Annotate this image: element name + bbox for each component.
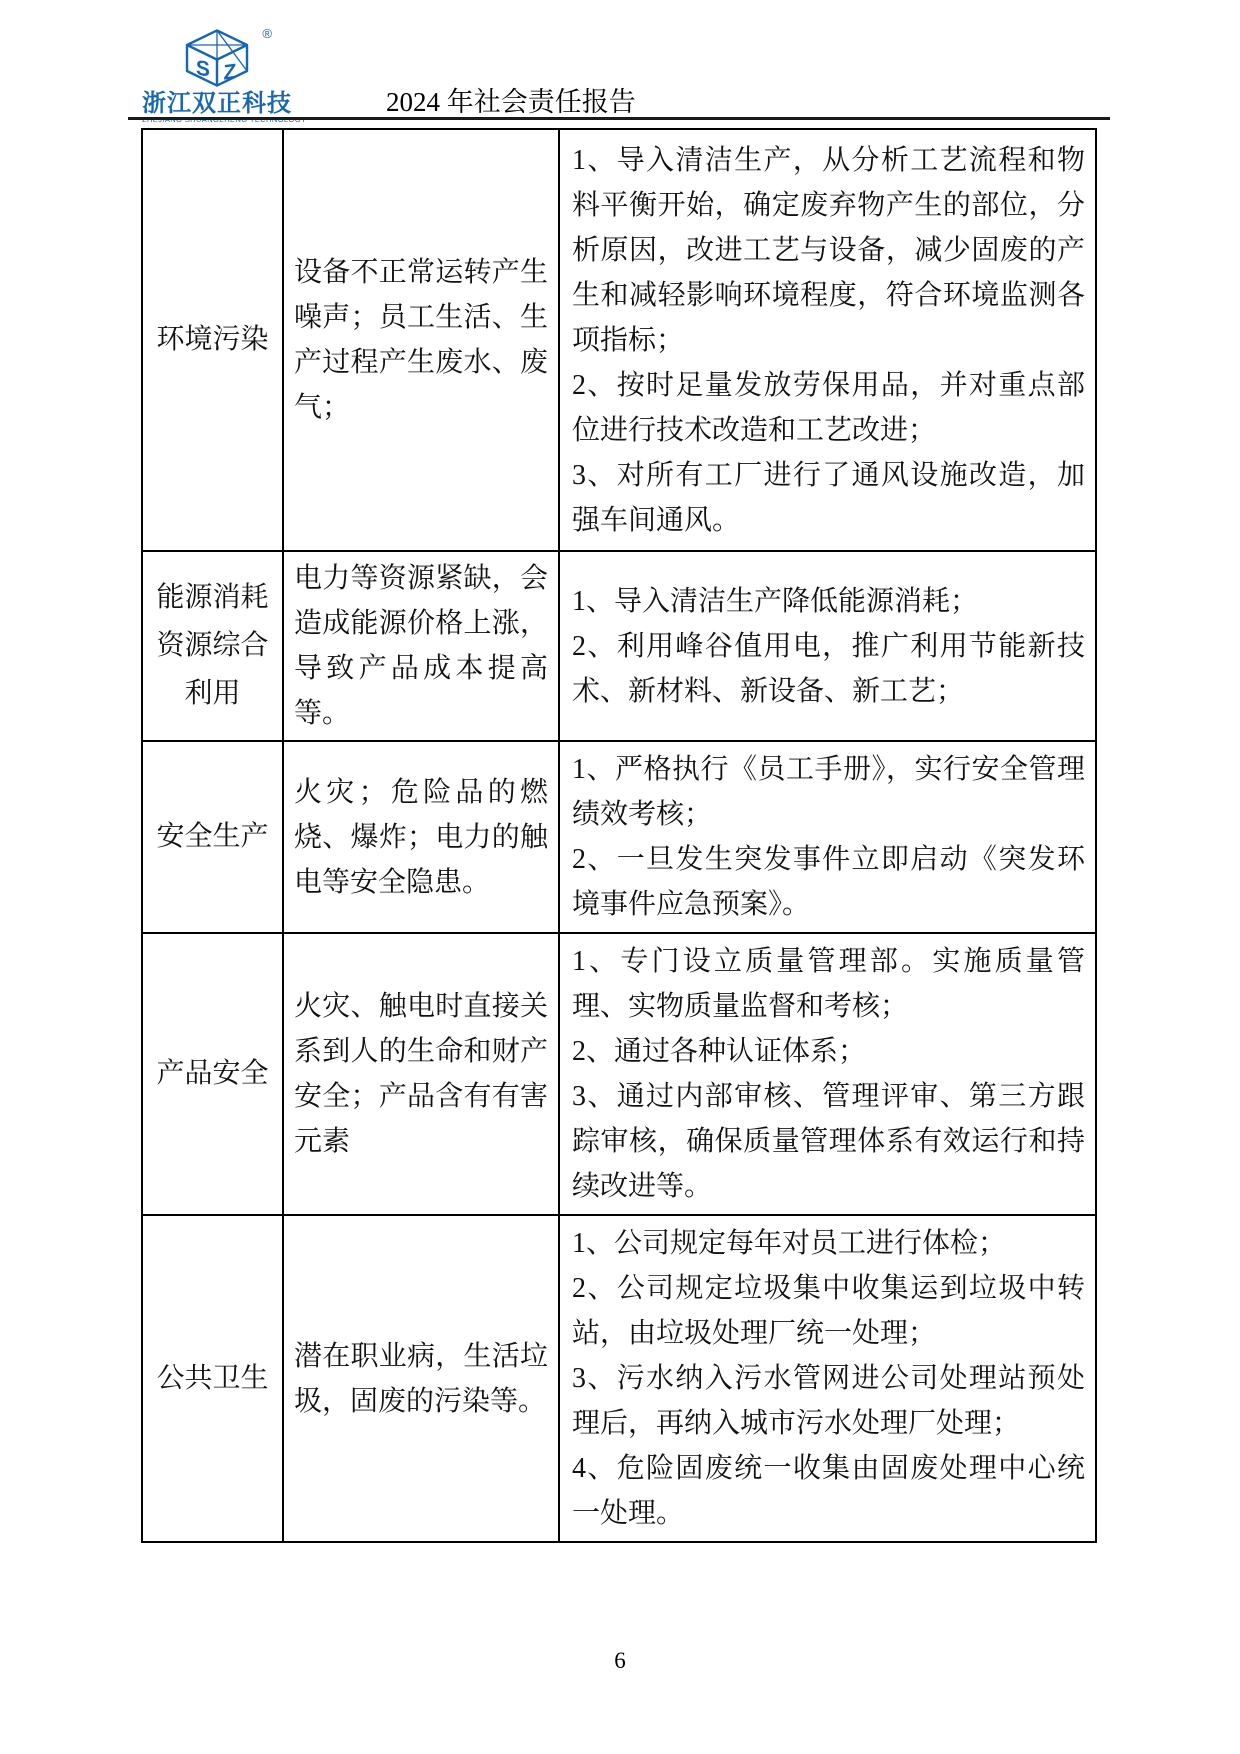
row-measures: 1、导入清洁生产降低能源消耗； 2、利用峰谷值用电，推广利用节能新技术、新材料、… (559, 551, 1096, 741)
row-category: 公共卫生 (142, 1215, 283, 1542)
measure-item: 1、专门设立质量管理部。实施质量管理、实物质量监督和考核； (572, 939, 1085, 1029)
report-title: 2024 年社会责任报告 (386, 80, 636, 119)
measure-item: 3、污水纳入污水管网进公司处理站预处理后，再纳入城市污水处理厂处理； (572, 1356, 1085, 1446)
row-risk: 火灾；危险品的燃烧、爆炸；电力的触电等安全隐患。 (283, 741, 559, 933)
svg-text:Z: Z (223, 60, 236, 85)
measure-item: 2、按时足量发放劳保用品，并对重点部位进行技术改造和工艺改进； (572, 363, 1085, 453)
registered-trademark-icon: ® (262, 26, 272, 41)
measure-item: 1、导入清洁生产降低能源消耗； (572, 579, 1085, 624)
table-row: 产品安全 火灾、触电时直接关系到人的生命和财产安全；产品含有有害元素 1、专门设… (142, 933, 1096, 1215)
measure-item: 1、公司规定每年对员工进行体检； (572, 1221, 1085, 1266)
header-divider (128, 117, 1110, 120)
table-row: 能源消耗资源综合利用 电力等资源紧缺，会造成能源价格上涨，导致产品成本提高等。 … (142, 551, 1096, 741)
measure-item: 3、通过内部审核、管理评审、第三方跟踪审核，确保质量管理体系有效运行和持续改进等… (572, 1074, 1085, 1209)
row-category: 产品安全 (142, 933, 283, 1215)
table-row: 环境污染 设备不正常运转产生噪声；员工生活、生产过程产生废水、废气； 1、导入清… (142, 129, 1096, 551)
company-logo-icon: S Z (176, 28, 258, 88)
measure-item: 2、利用峰谷值用电，推广利用节能新技术、新材料、新设备、新工艺； (572, 624, 1085, 714)
measure-item: 1、严格执行《员工手册》，实行安全管理绩效考核； (572, 747, 1085, 837)
measure-item: 1、导入清洁生产，从分析工艺流程和物料平衡开始，确定废弃物产生的部位，分析原因，… (572, 138, 1085, 363)
row-category: 安全生产 (142, 741, 283, 933)
company-logo: S Z ® (176, 28, 258, 88)
row-measures: 1、严格执行《员工手册》，实行安全管理绩效考核； 2、一旦发生突发事件立即启动《… (559, 741, 1096, 933)
measure-item: 2、通过各种认证体系； (572, 1029, 1085, 1074)
company-name: 浙江双正科技 (142, 93, 278, 115)
row-measures: 1、专门设立质量管理部。实施质量管理、实物质量监督和考核； 2、通过各种认证体系… (559, 933, 1096, 1215)
row-risk: 潜在职业病，生活垃圾，固废的污染等。 (283, 1215, 559, 1542)
measure-item: 4、危险固废统一收集由固废处理中心统一处理。 (572, 1446, 1085, 1536)
page-number: 6 (0, 1648, 1240, 1674)
row-measures: 1、导入清洁生产，从分析工艺流程和物料平衡开始，确定废弃物产生的部位，分析原因，… (559, 129, 1096, 551)
row-risk: 电力等资源紧缺，会造成能源价格上涨，导致产品成本提高等。 (283, 551, 559, 741)
table-row: 公共卫生 潜在职业病，生活垃圾，固废的污染等。 1、公司规定每年对员工进行体检；… (142, 1215, 1096, 1542)
page-header: S Z ® 浙江双正科技 ZHEJIANG SHUANGZHENG TECHNO… (128, 28, 1110, 116)
row-category: 能源消耗资源综合利用 (142, 551, 283, 741)
row-risk: 火灾、触电时直接关系到人的生命和财产安全；产品含有有害元素 (283, 933, 559, 1215)
row-risk: 设备不正常运转产生噪声；员工生活、生产过程产生废水、废气； (283, 129, 559, 551)
measure-item: 2、公司规定垃圾集中收集运到垃圾中转站，由垃圾处理厂统一处理； (572, 1266, 1085, 1356)
table-row: 安全生产 火灾；危险品的燃烧、爆炸；电力的触电等安全隐患。 1、严格执行《员工手… (142, 741, 1096, 933)
row-measures: 1、公司规定每年对员工进行体检； 2、公司规定垃圾集中收集运到垃圾中转站，由垃圾… (559, 1215, 1096, 1542)
report-page: S Z ® 浙江双正科技 ZHEJIANG SHUANGZHENG TECHNO… (0, 0, 1240, 1754)
company-brand-block: S Z ® 浙江双正科技 ZHEJIANG SHUANGZHENG TECHNO… (128, 28, 278, 124)
measure-item: 3、对所有工厂进行了通风设施改造，加强车间通风。 (572, 453, 1085, 543)
row-category: 环境污染 (142, 129, 283, 551)
risk-measures-table: 环境污染 设备不正常运转产生噪声；员工生活、生产过程产生废水、废气； 1、导入清… (141, 128, 1097, 1543)
measure-item: 2、一旦发生突发事件立即启动《突发环境事件应急预案》。 (572, 837, 1085, 927)
svg-text:S: S (196, 57, 210, 82)
